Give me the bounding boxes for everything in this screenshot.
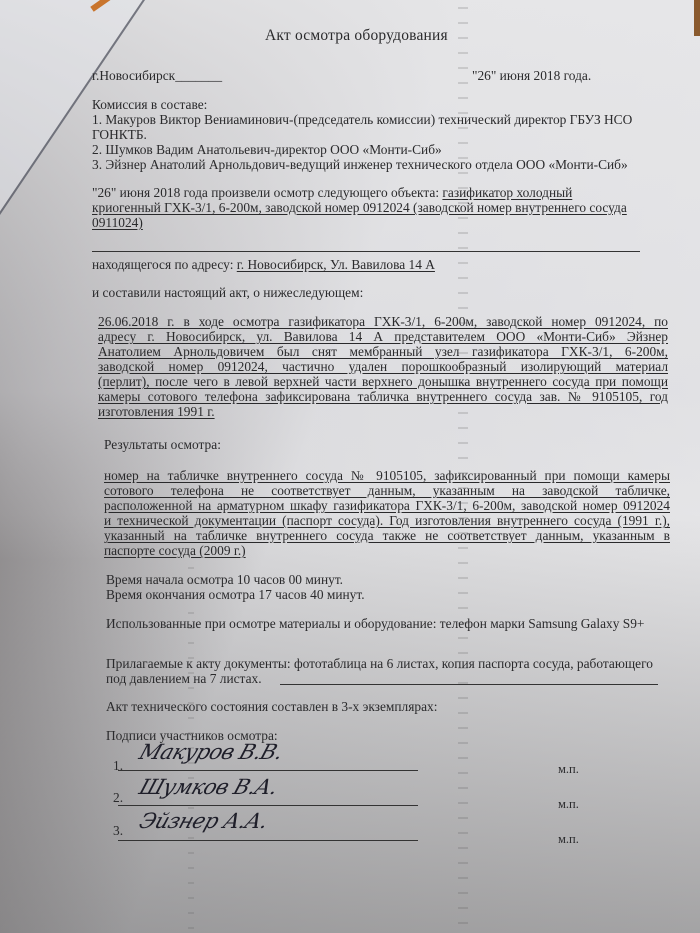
results-line-3: расположенной на арматурном шкафу газифи… bbox=[104, 498, 670, 513]
commission-heading: Комиссия в составе: bbox=[92, 97, 207, 112]
signature-3-handwriting: Эйзнер А.А. bbox=[138, 814, 270, 829]
results-line-4: и технической документации (паспорт сосу… bbox=[104, 513, 670, 528]
attachments-line-2: под давлением на 7 листах. bbox=[106, 671, 262, 686]
signature-1-line bbox=[118, 770, 418, 771]
results-line-1: номер на табличке внутреннего сосуда № 9… bbox=[104, 468, 670, 483]
object-line-1: "26" июня 2018 года произвели осмотр сле… bbox=[92, 185, 572, 200]
blank-line bbox=[92, 251, 640, 252]
signature-1-handwriting: Макуров В.В. bbox=[138, 745, 285, 760]
document-date: "26" июня 2018 года. bbox=[472, 68, 591, 83]
end-time: Время окончания осмотра 17 часов 40 мину… bbox=[106, 587, 365, 602]
inspection-line-7: изготовления 1991 г. bbox=[98, 404, 215, 419]
compiled-text: и составили настоящий акт, о нижеследующ… bbox=[92, 285, 363, 300]
inspection-line-6: камеры сотового телефона зафиксирована т… bbox=[98, 389, 668, 404]
copies-text: Акт технического состояния составлен в 3… bbox=[106, 699, 437, 714]
member-1: 1. Макуров Виктор Вениаминович-(председа… bbox=[92, 112, 632, 127]
object-line-3: 0911024) bbox=[92, 215, 143, 230]
inspection-line-4: заводской номер 0912024, частично удален… bbox=[98, 359, 668, 374]
inspection-line-5: (перлит), после чего в левой верхней час… bbox=[98, 374, 668, 389]
object-line-2: криогенный ГХК-3/1, 6-200м, заводской но… bbox=[92, 200, 627, 215]
address: находящегося по адресу: г. Новосибирск, … bbox=[92, 257, 435, 272]
signature-2-handwriting: Шумков В.А. bbox=[138, 780, 280, 795]
member-2: 2. Шумков Вадим Анатольевич-директор ООО… bbox=[92, 142, 442, 157]
results-line-2: сотового телефона не соответствует данны… bbox=[104, 483, 670, 498]
attachments-line-1: Прилагаемые к акту документы: фототаблиц… bbox=[106, 656, 653, 671]
results-line-6: паспорте сосуда (2009 г.) bbox=[104, 543, 246, 558]
signature-3-stamp: м.п. bbox=[558, 832, 579, 847]
inspection-line-1: 26.06.2018 г. в ходе осмотра газификатор… bbox=[98, 314, 668, 329]
attachments-blank-line bbox=[280, 684, 658, 685]
results-line-5: указанный на табличке внутреннего сосуда… bbox=[104, 528, 670, 543]
city: г.Новосибирск_______ bbox=[92, 68, 222, 83]
member-1-org: ГОНКТБ. bbox=[92, 127, 147, 142]
signature-2-number: 2. bbox=[113, 790, 123, 805]
signature-2-line bbox=[118, 805, 418, 806]
inspection-line-3: Анатолием Арнольдовичем был снят мембран… bbox=[98, 344, 668, 359]
member-3: 3. Эйзнер Анатолий Арнольдович-ведущий и… bbox=[92, 157, 628, 172]
document-page: Акт осмотра оборудования г.Новосибирск__… bbox=[0, 0, 700, 933]
inspection-line-2: адресу г. Новосибирск, ул. Вавилова 14 А… bbox=[98, 329, 668, 344]
equipment-used: Использованные при осмотре материалы и о… bbox=[106, 616, 644, 631]
signature-3-line bbox=[118, 840, 418, 841]
document-title: Акт осмотра оборудования bbox=[265, 28, 448, 43]
signature-2-stamp: м.п. bbox=[558, 797, 579, 812]
signature-1-stamp: м.п. bbox=[558, 762, 579, 777]
results-heading: Результаты осмотра: bbox=[104, 437, 221, 452]
signature-3-number: 3. bbox=[113, 823, 123, 838]
start-time: Время начала осмотра 10 часов 00 минут. bbox=[106, 572, 343, 587]
